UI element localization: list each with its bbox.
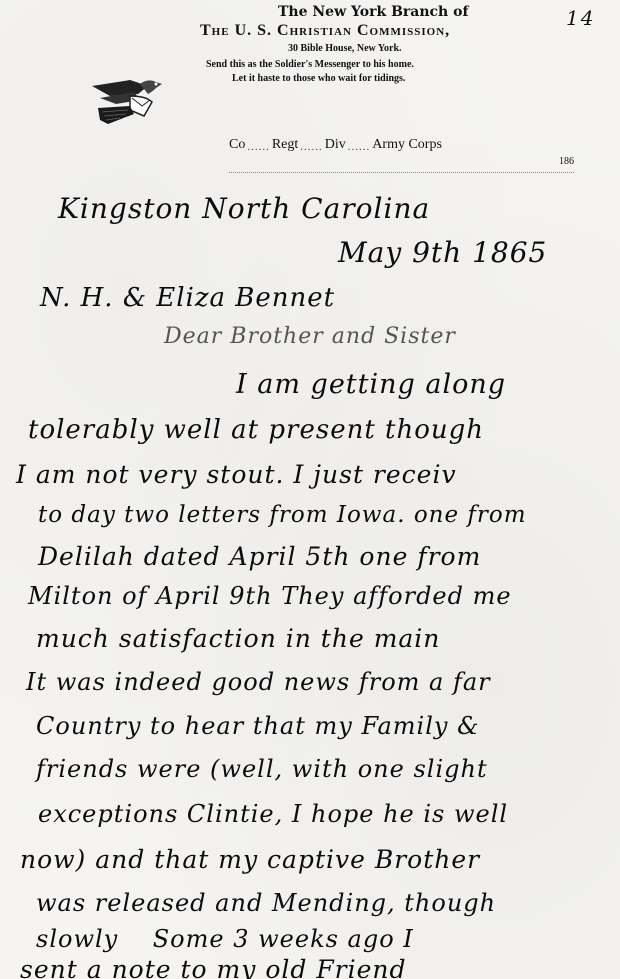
letter-line: exceptions Clintie, I hope he is well — [38, 800, 508, 828]
letter-line: Delilah dated April 5th one from — [38, 542, 481, 571]
letter-line: I am not very stout. I just receiv — [16, 460, 457, 489]
dove-with-letter-icon — [90, 76, 180, 132]
letter-line: much satisfaction in the main — [36, 624, 440, 653]
letterhead-title: The U. S. Christian Commission, — [200, 22, 560, 40]
letter-line: was released and Mending, though — [36, 889, 496, 917]
unit-fields: Co ...... Regt ...... Div ...... Army Co… — [229, 137, 442, 153]
division-label: Div — [325, 137, 346, 153]
letterhead-address: 30 Bible House, New York. — [288, 43, 402, 54]
army-corps-label: Army Corps — [372, 137, 442, 153]
letterhead-motto-1: Send this as the Soldier's Messenger to … — [206, 59, 414, 70]
letter-line: Country to hear that my Family & — [36, 712, 479, 740]
letter-line: It was indeed good news from a far — [26, 668, 491, 696]
letter-line: Milton of April 9th They afforded me — [28, 582, 512, 610]
letter-line: I am getting along — [236, 369, 506, 400]
letter-line: tolerably well at present though — [28, 415, 484, 445]
letter-place: Kingston North Carolina — [58, 192, 430, 225]
page-number: 14 — [566, 6, 595, 30]
company-label: Co — [229, 137, 245, 153]
regiment-label: Regt — [272, 137, 298, 153]
letter-addressee: N. H. & Eliza Bennet — [40, 283, 335, 313]
letter-page: 14 The New York Branch of The U. S. Chri… — [0, 0, 620, 979]
letter-line: friends were (well, with one slight — [36, 755, 488, 783]
letter-line: to day two letters from Iowa. one from — [38, 502, 527, 528]
letterhead-motto-2: Let it haste to those who wait for tidin… — [232, 73, 405, 84]
letter-line: slowly Some 3 weeks ago I — [36, 925, 414, 953]
year-prefix: 186 — [559, 156, 574, 167]
letter-line: now) and that my captive Brother — [20, 845, 480, 874]
letterhead-branch: The New York Branch of — [278, 4, 538, 20]
letter-line: sent a note to my old Friend — [20, 955, 407, 979]
letter-date: May 9th 1865 — [338, 236, 547, 269]
date-line: 186 — [229, 160, 574, 173]
letter-salutation: Dear Brother and Sister — [164, 324, 456, 349]
